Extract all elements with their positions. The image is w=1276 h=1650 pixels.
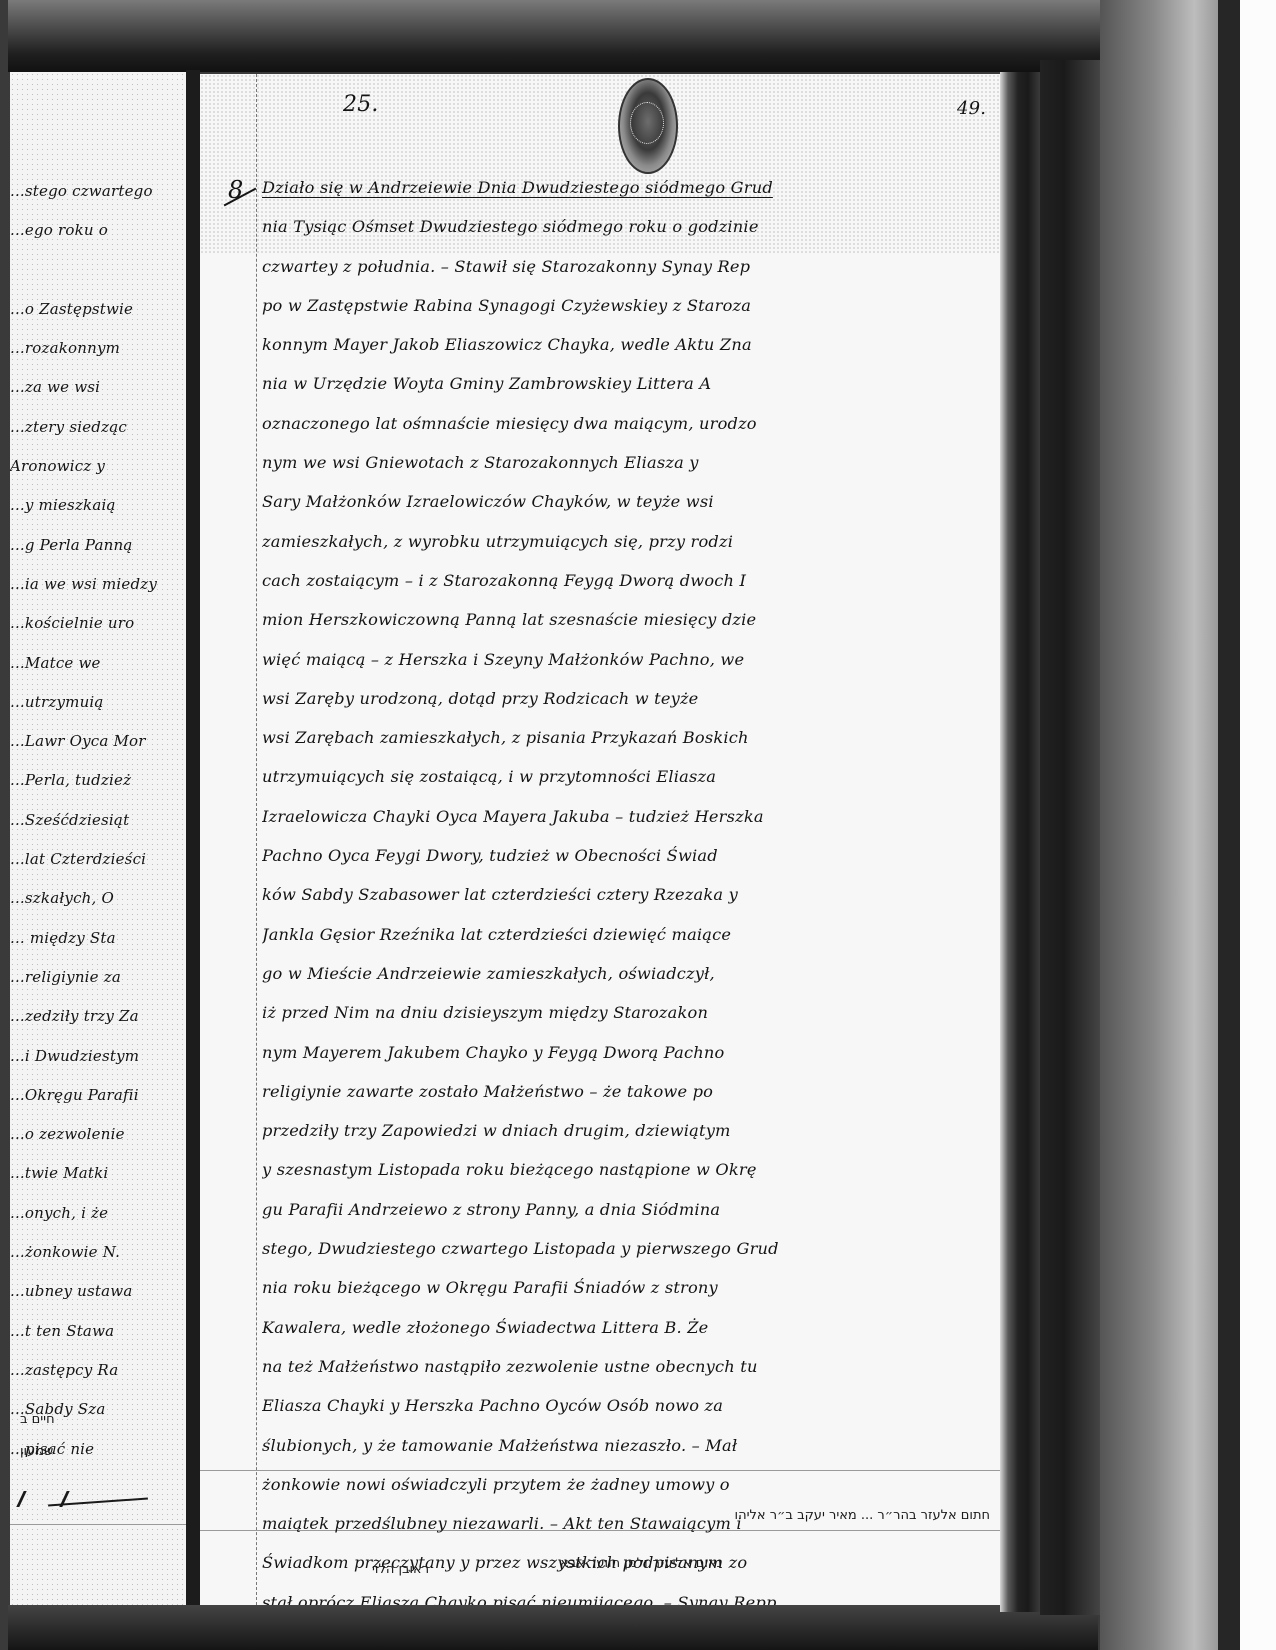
left-line: ...rozakonnym [10, 329, 184, 368]
record-line: utrzymuiących się zostaiącą, i w przytom… [262, 757, 1002, 796]
left-line: ...zedziły trzy Za [10, 997, 184, 1036]
record-line: czwartey z południa. – Stawił się Staroz… [262, 247, 1002, 286]
left-line: ...kościelnie uro [10, 604, 184, 643]
folio-number-right: 49. [957, 98, 986, 119]
record-line: ślubionych, y że tamowanie Małżeństwa ni… [262, 1426, 1002, 1465]
record-line: Jankla Gęsior Rzeźnika lat czterdzieści … [262, 915, 1002, 954]
left-line: ...Matce we [10, 644, 184, 683]
record-line: Pachno Oyca Feygi Dwory, tudzież w Obecn… [262, 836, 1002, 875]
left-hebrew-line: חיים ב [20, 1412, 55, 1427]
record-line: Izraelowicza Chayki Oyca Mayera Jakuba –… [262, 797, 1002, 836]
entry-number: 8 [228, 176, 243, 204]
record-line: nia w Urzędzie Woyta Gminy Zambrowskiey … [262, 364, 1002, 403]
official-seal-icon [618, 78, 678, 174]
record-line: żonkowie nowi oświadczyli przytem że żad… [262, 1465, 1002, 1504]
hebrew-signature: נאום אליעזר זלמן חווער אבא [560, 1556, 722, 1571]
left-line: ...Sześćdziesiąt [10, 801, 184, 840]
record-line: po w Zastępstwie Rabina Synagogi Czyżews… [262, 286, 1002, 325]
page-gutter [186, 70, 200, 1615]
left-line: ...ia we wsi miedzy [10, 565, 184, 604]
left-line: ...szkałych, O [10, 879, 184, 918]
left-line: ...lat Czterdzieści [10, 840, 184, 879]
left-line: ...o Zastępstwie [10, 290, 184, 329]
record-line: wsi Zarębach zamieszkałych, z pisania Pr… [262, 718, 1002, 757]
record-line: wsi Zaręby urodzoną, dotąd przy Rodzicac… [262, 679, 1002, 718]
record-line: go w Mieście Andrzeiewie zamieszkałych, … [262, 954, 1002, 993]
left-line [10, 251, 184, 290]
record-line: y szesnastym Listopada roku bieżącego na… [262, 1150, 1002, 1189]
left-line: ...Okręgu Parafii [10, 1076, 184, 1115]
page-edge-binding [1000, 72, 1040, 1612]
left-line: ...i Dwudziestym [10, 1037, 184, 1076]
record-line: mion Herszkowiczowną Panną lat szesnaści… [262, 600, 1002, 639]
left-line: ...onych, i że [10, 1194, 184, 1233]
left-line: ...utrzymuią [10, 683, 184, 722]
record-line: nym Mayerem Jakubem Chayko y Feygą Dworą… [262, 1033, 1002, 1072]
record-line: iż przed Nim na dniu dzisieyszym między … [262, 993, 1002, 1032]
ruled-line [10, 1524, 186, 1525]
cover-edge [1218, 0, 1240, 1650]
scan-margin [1240, 0, 1276, 1650]
record-line: oznaczonego lat ośmnaście miesięcy dwa m… [262, 404, 1002, 443]
record-line: stego, Dwudziestego czwartego Listopada … [262, 1229, 1002, 1268]
left-page-signature [20, 1487, 140, 1507]
record-line: Kawalera, wedle złożonego Świadectwa Lit… [262, 1308, 1002, 1347]
bottom-shadow [8, 1605, 1098, 1650]
record-line: zamieszkałych, z wyrobku utrzymuiących s… [262, 522, 1002, 561]
left-line: ...Perla, tudzież [10, 761, 184, 800]
record-line: nym we wsi Gniewotach z Starozakonnych E… [262, 443, 1002, 482]
left-line: ...stego czwartego [10, 172, 184, 211]
left-line: Aronowicz y [10, 447, 184, 486]
record-line: nia Tysiąc Ośmset Dwudziestego siódmego … [262, 207, 1002, 246]
record-line: gu Parafii Andrzeiewo z strony Panny, a … [262, 1190, 1002, 1229]
left-page-text: ...stego czwartego ...ego roku o ...o Za… [10, 172, 184, 1469]
hebrew-signature: חתום אלעזר בהר״ר ... מאיר יעקב ב״ר אליהו [640, 1508, 990, 1523]
record-text: Działo się w Andrzeiewie Dnia Dwudzieste… [262, 168, 1002, 1622]
record-line: konnym Mayer Jakob Eliaszowicz Chayka, w… [262, 325, 1002, 364]
left-line: ...ztery siedząc [10, 408, 184, 447]
record-line: na też Małżeństwo nastąpiło zezwolenie u… [262, 1347, 1002, 1386]
record-line: przedziły trzy Zapowiedzi w dniach drugi… [262, 1111, 1002, 1150]
left-line: ...g Perla Panną [10, 526, 184, 565]
record-line: Działo się w Andrzeiewie Dnia Dwudzieste… [262, 168, 1002, 207]
left-hebrew-line: שמעון [20, 1444, 53, 1459]
folio-number-left: 25. [343, 92, 379, 117]
left-line: ... między Sta [10, 919, 184, 958]
record-line: religiynie zawarte zostało Małżeństwo – … [262, 1072, 1002, 1111]
left-facing-page: ...stego czwartego ...ego roku o ...o Za… [10, 72, 186, 1612]
left-line: ...ego roku o [10, 211, 184, 250]
record-line: Eliasza Chayki y Herszka Pachno Oyców Os… [262, 1386, 1002, 1425]
margin-rule [256, 74, 258, 1610]
record-line: nia roku bieżącego w Okręgu Parafii Śnia… [262, 1268, 1002, 1307]
left-line: ...religiynie za [10, 958, 184, 997]
record-line: więć maiącą – z Herszka i Szeyny Małżonk… [262, 640, 1002, 679]
left-line: ...t ten Stawa [10, 1312, 184, 1351]
left-line: ...y mieszkaią [10, 486, 184, 525]
record-line: ków Sabdy Szabasower lat czterdzieści cz… [262, 875, 1002, 914]
record-line: Sary Małżonków Izraelowiczów Chayków, w … [262, 482, 1002, 521]
left-line: ...o zezwolenie [10, 1115, 184, 1154]
book-spine-shadow [1040, 60, 1100, 1615]
left-line: ...ubney ustawa [10, 1272, 184, 1311]
left-line: ...zastępcy Ra [10, 1351, 184, 1390]
left-line: ...twie Matki [10, 1154, 184, 1193]
record-line: cach zostaiącym – i z Starozakonną Feygą… [262, 561, 1002, 600]
hebrew-signature: ראובן הלוי [372, 1562, 429, 1577]
left-line: ...żonkowie N. [10, 1233, 184, 1272]
left-line: ...za we wsi [10, 368, 184, 407]
cover-shadow [1100, 0, 1218, 1650]
left-line: ...Lawr Oyca Mor [10, 722, 184, 761]
